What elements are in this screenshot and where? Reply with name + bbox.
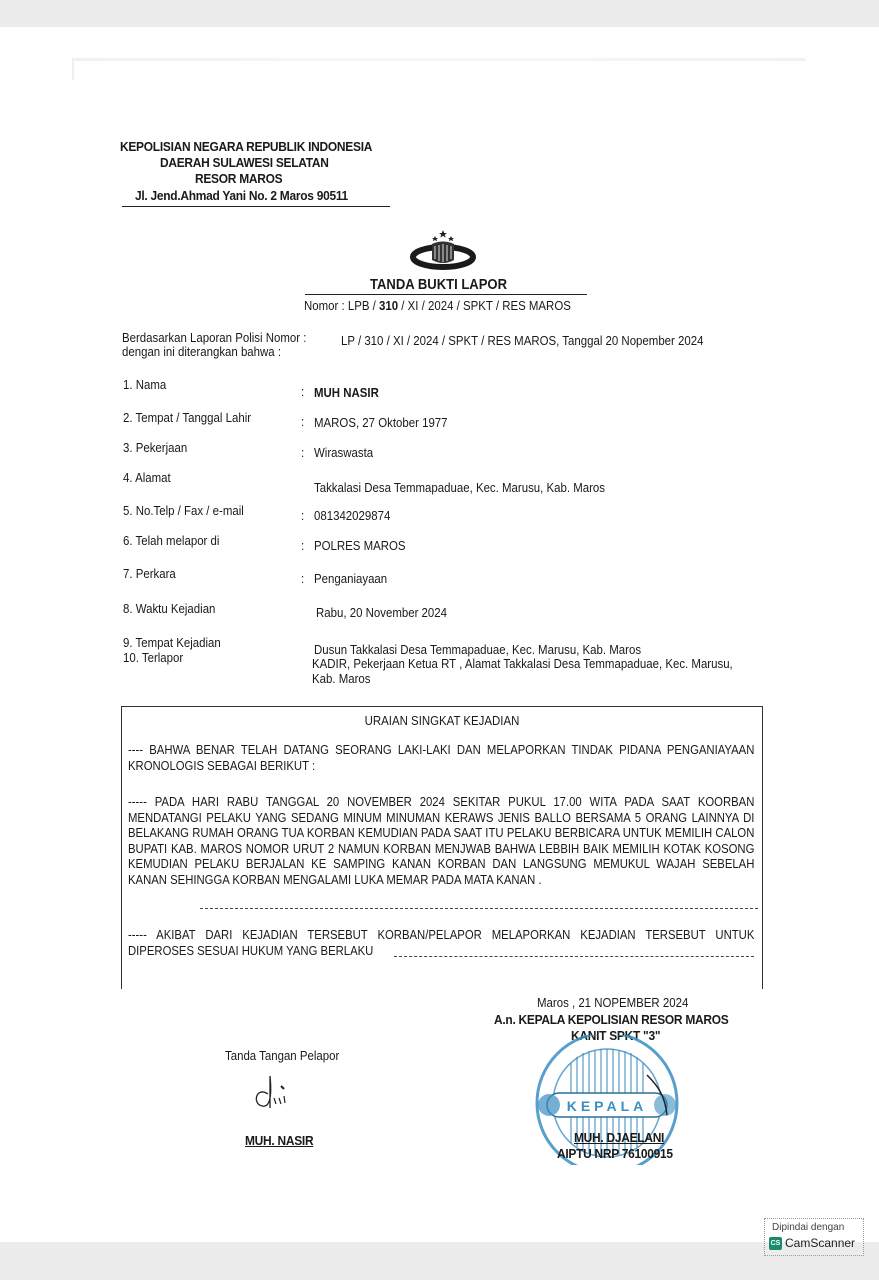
signing-on-behalf: A.n. KEPALA KEPOLISIAN RESOR MAROS — [494, 1012, 728, 1027]
dashed-line — [394, 956, 754, 957]
scan-border-artifact — [72, 58, 806, 61]
reporter-signature-label: Tanda Tangan Pelapor — [225, 1048, 339, 1063]
document-number-value: 310 — [379, 298, 398, 313]
field-label-pekerjaan: 3. Pekerjaan — [123, 440, 187, 455]
field-value-tempat: Dusun Takkalasi Desa Temmapaduae, Kec. M… — [314, 642, 641, 657]
field-label-alamat: 4. Alamat — [123, 470, 171, 485]
watermark-caption: Dipindai dengan — [772, 1222, 844, 1233]
field-value-ttl: MAROS, 27 Oktober 1977 — [314, 415, 448, 430]
field-colon: : — [301, 414, 304, 429]
field-label-melapor: 6. Telah melapor di — [123, 533, 219, 548]
header-underline — [122, 206, 390, 207]
field-colon: : — [301, 571, 304, 586]
header-line-1: KEPOLISIAN NEGARA REPUBLIK INDONESIA — [120, 139, 372, 154]
incident-summary-box: URAIAN SINGKAT KEJADIAN ---- BAHWA BENAR… — [121, 706, 763, 989]
camscanner-logo-icon: CS — [769, 1237, 782, 1250]
field-label-nama: 1. Nama — [123, 377, 166, 392]
incident-summary-title: URAIAN SINGKAT KEJADIAN — [160, 713, 723, 728]
scan-border-artifact-left — [72, 60, 74, 80]
incident-paragraph-2: ----- PADA HARI RABU TANGGAL 20 NOVEMBER… — [128, 794, 754, 887]
field-value-waktu: Rabu, 20 November 2024 — [316, 605, 447, 620]
field-value-terlapor: KADIR, Pekerjaan Ketua RT , Alamat Takka… — [312, 656, 733, 671]
incident-paragraph-3: ----- AKIBAT DARI KEJADIAN TERSEBUT KORB… — [128, 927, 754, 958]
officer-rank-nrp: AIPTU NRP 76100915 — [557, 1146, 673, 1161]
field-label-terlapor: 10. Terlapor — [123, 650, 183, 665]
field-label-tempat: 9. Tempat Kejadian — [123, 635, 221, 650]
dashed-line — [200, 908, 758, 909]
field-value-pekerjaan: Wiraswasta — [314, 445, 373, 460]
signing-place-date: Maros , 21 NOPEMBER 2024 — [537, 995, 688, 1010]
intro-report-number: LP / 310 / XI / 2024 / SPKT / RES MAROS,… — [341, 333, 703, 348]
field-colon: : — [301, 384, 304, 399]
header-address: Jl. Jend.Ahmad Yani No. 2 Maros 90511 — [135, 188, 348, 203]
field-value-kontak: 081342029874 — [314, 508, 390, 523]
field-label-perkara: 7. Perkara — [123, 566, 176, 581]
watermark-brand: CS CamScanner — [769, 1236, 855, 1250]
document-number: Nomor : LPB / 310 / XI / 2024 / SPKT / R… — [304, 298, 571, 313]
officer-name: MUH. DJAELANI — [574, 1130, 664, 1145]
police-emblem-icon — [408, 228, 478, 270]
field-value-alamat: Takkalasi Desa Temmapaduae, Kec. Marusu,… — [314, 480, 605, 495]
document-number-prefix: Nomor : LPB / — [304, 298, 379, 313]
field-label-ttl: 2. Tempat / Tanggal Lahir — [123, 410, 251, 425]
intro-line-2: dengan ini diterangkan bahwa : — [122, 344, 281, 359]
reporter-name: MUH. NASIR — [245, 1133, 313, 1148]
document-number-suffix: / XI / 2024 / SPKT / RES MAROS — [398, 298, 571, 313]
camscanner-watermark: Dipindai dengan CS CamScanner — [764, 1218, 864, 1256]
reporter-signature-icon — [250, 1072, 300, 1117]
title-underline — [305, 294, 587, 295]
field-label-waktu: 8. Waktu Kejadian — [123, 601, 215, 616]
field-colon: : — [301, 445, 304, 460]
header-line-3: RESOR MAROS — [195, 171, 282, 186]
field-colon: : — [301, 538, 304, 553]
field-value-perkara: Penganiayaan — [314, 571, 387, 586]
header-line-2: DAERAH SULAWESI SELATAN — [160, 155, 329, 170]
field-label-kontak: 5. No.Telp / Fax / e-mail — [123, 503, 244, 518]
svg-text:KEPALA: KEPALA — [567, 1098, 648, 1114]
watermark-brand-name: CamScanner — [785, 1236, 855, 1250]
field-value-melapor: POLRES MAROS — [314, 538, 406, 553]
document-title: TANDA BUKTI LAPOR — [370, 277, 507, 293]
incident-paragraph-1: ---- BAHWA BENAR TELAH DATANG SEORANG LA… — [128, 742, 754, 773]
intro-label: Berdasarkan Laporan Polisi Nomor : — [122, 330, 306, 345]
field-value-nama: MUH NASIR — [314, 385, 379, 400]
field-value-terlapor-line2: Kab. Maros — [312, 671, 371, 686]
field-colon: : — [301, 508, 304, 523]
